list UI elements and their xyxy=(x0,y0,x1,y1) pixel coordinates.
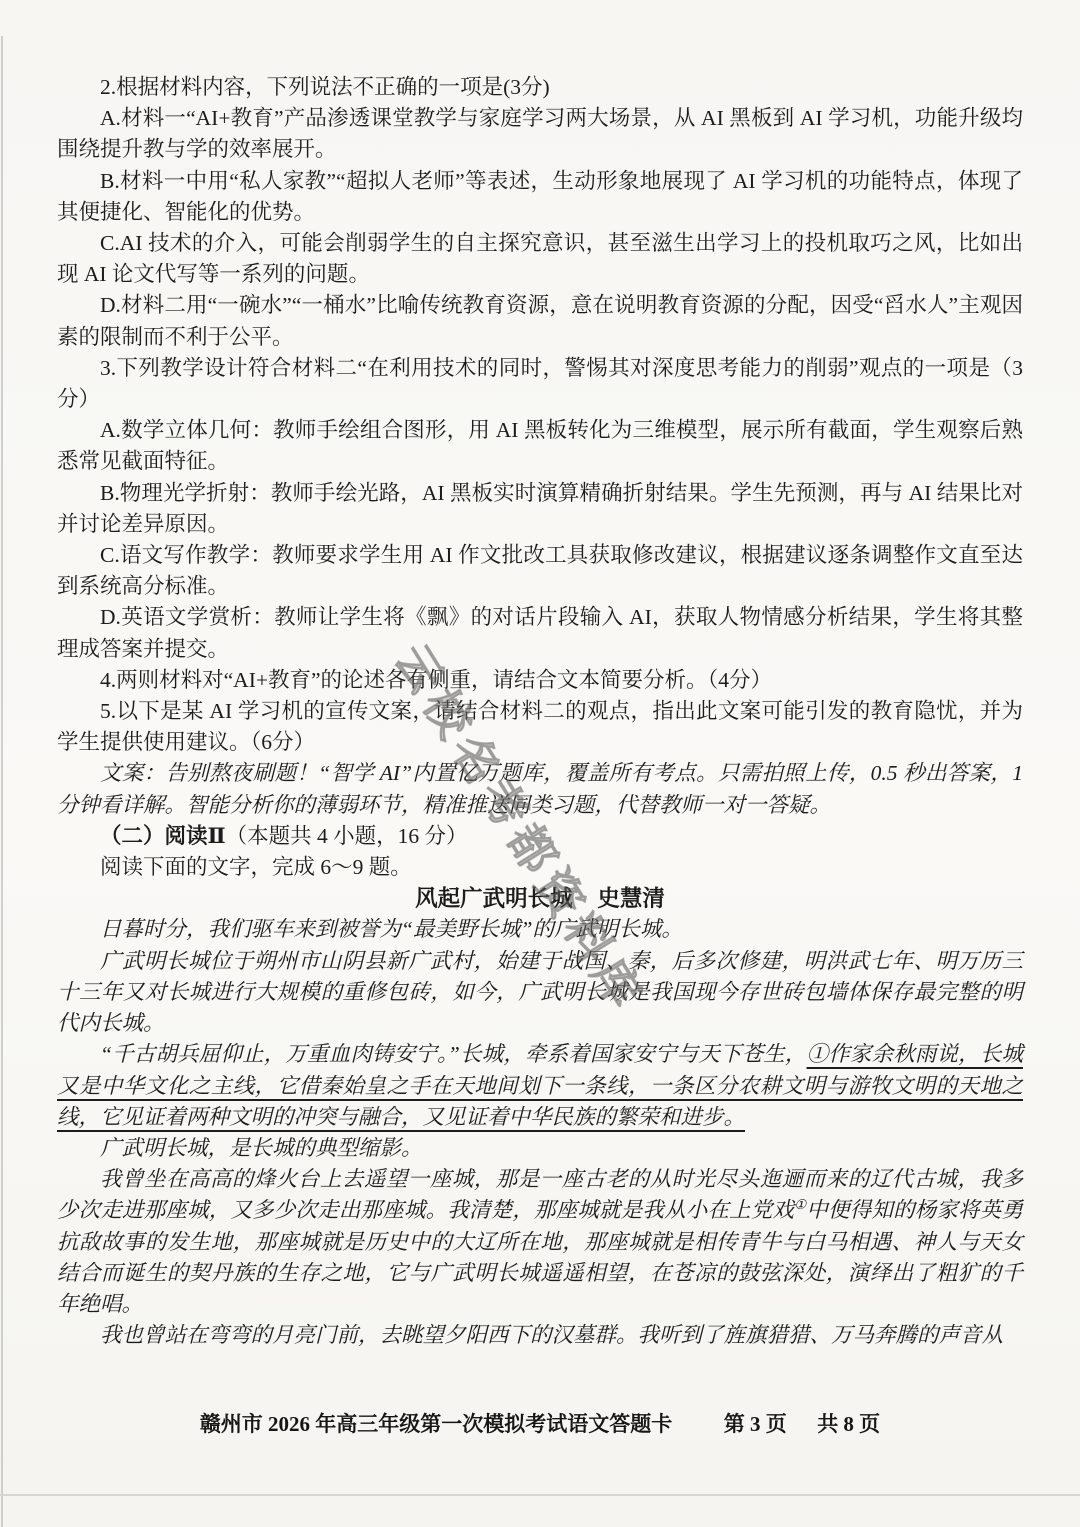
passage-title-line: 风起广武明长城史慧清 xyxy=(57,883,1023,914)
passage-author: 史慧清 xyxy=(597,886,665,911)
question-2-option-b: B.材料一中用“私人家教”“超拟人老师”等表述，生动形象地展现了 AI 学习机的… xyxy=(57,166,1023,228)
page-footer: 赣州市 2026 年高三年级第一次模拟考试语文答题卡 第 3 页 共 8 页 xyxy=(0,1408,1080,1438)
question-5: 5.以下是某 AI 学习机的宣传文案，请结合材料二的观点，指出此文案可能引发的教… xyxy=(57,696,1023,758)
passage-paragraph-4: 广武明长城，是长城的典型缩影。 xyxy=(57,1133,1023,1164)
question-2-option-c: C.AI 技术的介入，可能会削弱学生的自主探究意识，甚至滋生出学习上的投机取巧之… xyxy=(57,228,1023,290)
reading-instruction: 阅读下面的文字，完成 6～9 题。 xyxy=(57,852,1023,883)
question-3-option-c: C.语文写作教学：教师要求学生用 AI 作文批改工具获取修改建议，根据建议逐条调… xyxy=(57,540,1023,602)
footer-exam-title: 赣州市 2026 年高三年级第一次模拟考试语文答题卡 xyxy=(200,1412,673,1436)
passage-paragraph-1: 日暮时分，我们驱车来到被誉为“最美野长城”的广武明长城。 xyxy=(57,914,1023,945)
page-content: 2.根据材料内容，下列说法不正确的一项是(3分) A.材料一“AI+教育”产品渗… xyxy=(57,72,1023,1351)
passage-paragraph-3-lead: “千古胡兵屈仰止，万重血肉铸安宁。”长城，牵系着国家安宁与天下苍生， xyxy=(100,1042,807,1066)
section-2-heading-bold: （二）阅读Ⅱ xyxy=(100,824,226,848)
question-2-stem: 2.根据材料内容，下列说法不正确的一项是(3分) xyxy=(57,72,1023,103)
section-2-heading: （二）阅读Ⅱ（本题共 4 小题，16 分） xyxy=(57,821,1023,852)
question-3-option-d: D.英语文学赏析：教师让学生将《飘》的对话片段输入 AI，获取人物情感分析结果，… xyxy=(57,602,1023,664)
question-3-stem: 3.下列教学设计符合材料二“在利用技术的同时，警惕其对深度思考能力的削弱”观点的… xyxy=(57,353,1023,415)
ad-copy-paragraph: 文案：告别熬夜刷题！“智学 AI”内置亿万题库，覆盖所有考点。只需拍照上传，0.… xyxy=(57,758,1023,820)
scan-edge-left xyxy=(1,36,3,1527)
footer-page-number: 第 3 页 xyxy=(724,1412,787,1436)
footnote-marker: ① xyxy=(794,1197,806,1212)
section-2-heading-rest: （本题共 4 小题，16 分） xyxy=(226,824,468,848)
passage-paragraph-2: 广武明长城位于朔州市山阴县新广武村，始建于战国、秦，后多次修建，明洪武七年、明万… xyxy=(57,946,1023,1040)
question-4: 4.两则材料对“AI+教育”的论述各有侧重，请结合文本简要分析。（4分） xyxy=(57,665,1023,696)
question-3-option-b: B.物理光学折射：教师手绘光路，AI 黑板实时演算精确折射结果。学生先预测，再与… xyxy=(57,478,1023,540)
exam-scan-page: 2.根据材料内容，下列说法不正确的一项是(3分) A.材料一“AI+教育”产品渗… xyxy=(0,0,1080,1527)
passage-title: 风起广武明长城 xyxy=(415,886,573,911)
passage-paragraph-5: 我曾坐在高高的烽火台上去遥望一座城，那是一座古老的从时光尽头迤逦而来的辽代古城，… xyxy=(57,1164,1023,1320)
question-2-option-d: D.材料二用“一碗水”“一桶水”比喻传统教育资源，意在说明教育资源的分配，因受“… xyxy=(57,290,1023,352)
question-2-option-a: A.材料一“AI+教育”产品渗透课堂教学与家庭学习两大场景，从 AI 黑板到 A… xyxy=(57,103,1023,165)
scan-edge-bottom xyxy=(0,1494,1080,1496)
footer-page-total: 共 8 页 xyxy=(817,1412,880,1436)
passage-paragraph-6: 我也曾站在弯弯的月亮门前，去眺望夕阳西下的汉墓群。我听到了旌旗猎猎、万马奔腾的声… xyxy=(57,1320,1023,1351)
passage-paragraph-3: “千古胡兵屈仰止，万重血肉铸安宁。”长城，牵系着国家安宁与天下苍生，①作家余秋雨… xyxy=(57,1039,1023,1133)
question-3-option-a: A.数学立体几何：教师手绘组合图形，用 AI 黑板转化为三维模型，展示所有截面，… xyxy=(57,415,1023,477)
